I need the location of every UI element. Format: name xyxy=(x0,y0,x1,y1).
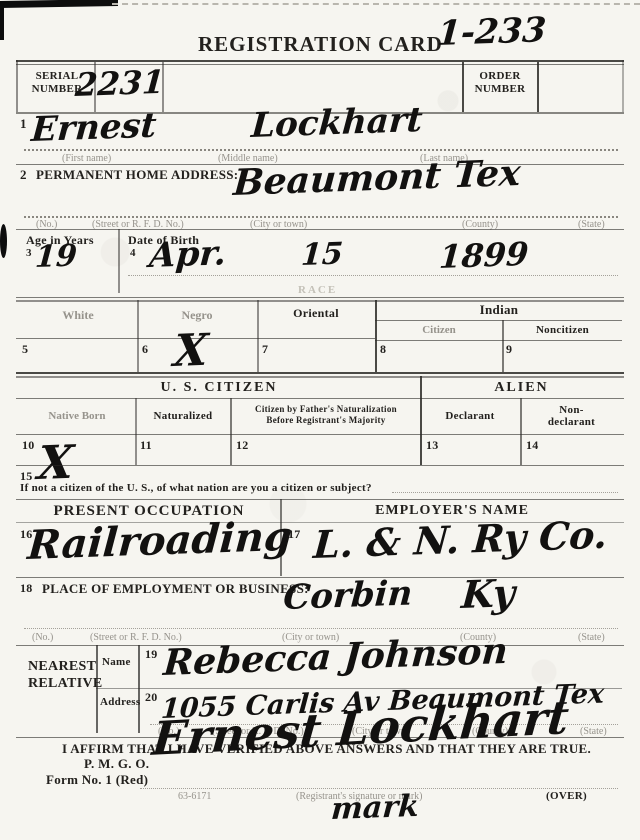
nearest-relative-line2: RELATIVE xyxy=(28,675,103,692)
row-number-18: 18 xyxy=(20,581,33,596)
rule xyxy=(16,229,624,230)
place-of-employment-label: PLACE OF EMPLOYMENT OR BUSINESS: xyxy=(42,581,309,597)
cell-divider xyxy=(137,300,139,372)
stamp-number-handwritten: 1-233 xyxy=(436,10,547,54)
race-table-bottom xyxy=(16,372,624,374)
race-negro-x-mark: X xyxy=(172,325,210,377)
race-indian-citizen-number: 8 xyxy=(380,342,386,357)
permanent-home-address-label: PERMANENT HOME ADDRESS: xyxy=(36,167,238,183)
serial-number-value: 2231 xyxy=(74,63,166,104)
declarant-label: Declarant xyxy=(423,410,517,422)
race-heading-faint: RACE xyxy=(298,284,337,296)
row-number-17: 17 xyxy=(288,527,301,542)
last-name-handwritten: Lockhart xyxy=(250,100,424,146)
scan-edge-artifact-left xyxy=(0,4,4,40)
card-right-border xyxy=(622,60,624,112)
row-number-1: 1 xyxy=(20,116,27,132)
citizen-number-row-rule xyxy=(16,434,624,435)
cell-divider xyxy=(537,62,539,112)
race-indian-noncitizen-label: Noncitizen xyxy=(505,324,620,336)
employment-city-handwritten: Corbin xyxy=(282,573,414,618)
row-number-2: 2 xyxy=(20,167,27,183)
row-number-19: 19 xyxy=(145,647,158,662)
relative-name-label: Name xyxy=(102,656,131,668)
relative-name-handwritten: Rebecca Johnson xyxy=(162,630,509,684)
employment-state-handwritten: Ky xyxy=(460,570,517,617)
dob-writing-line xyxy=(128,275,618,276)
ink-blob xyxy=(0,224,7,258)
nondeclarant-label: Non- declarant xyxy=(523,404,620,428)
cell-divider xyxy=(462,62,464,112)
citizen-table-top xyxy=(16,376,624,378)
us-citizen-header: U. S. CITIZEN xyxy=(20,380,418,396)
rule xyxy=(16,499,624,500)
cell-divider xyxy=(257,300,259,372)
footer-form: Form No. 1 (Red) xyxy=(46,772,148,788)
nearest-relative-label: NEAREST RELATIVE xyxy=(28,658,103,692)
race-oriental-number: 7 xyxy=(262,342,268,357)
naturalized-label: Naturalized xyxy=(138,410,228,422)
race-white-number: 5 xyxy=(22,342,28,357)
employment-label-state: (State) xyxy=(578,632,605,643)
father-number: 12 xyxy=(236,438,249,453)
scan-edge-artifact xyxy=(0,0,118,8)
footer-print-code: 63-6171 xyxy=(178,791,211,802)
race-white-label: White xyxy=(20,308,136,323)
occupation-handwritten: Railroading xyxy=(26,513,293,569)
signature-line xyxy=(140,788,618,789)
footer-org: P. M. G. O. xyxy=(84,756,149,772)
us-alien-divider xyxy=(420,376,422,465)
row-number-20: 20 xyxy=(145,690,158,705)
registration-card-scan: REGISTRATION CARD 1-233 SERIAL NUMBER 22… xyxy=(0,0,640,840)
race-oriental-label: Oriental xyxy=(260,306,372,321)
cell-divider xyxy=(118,229,120,293)
row-number-3: 3 xyxy=(26,247,32,259)
nondeclarant-label-line1: Non- xyxy=(523,404,620,416)
name-writing-line xyxy=(24,149,618,151)
alien-header: ALIEN xyxy=(423,380,620,396)
nondeclarant-label-line2: declarant xyxy=(523,416,620,428)
card-title: REGISTRATION CARD xyxy=(198,32,443,57)
race-indian-label: Indian xyxy=(378,302,620,318)
cell-divider xyxy=(375,300,377,372)
race-indian-citizen-label: Citizen xyxy=(378,324,500,336)
citizen-subheader-rule xyxy=(16,398,624,399)
home-address-handwritten: Beaumont Tex xyxy=(232,152,522,204)
signature-scribble: mark xyxy=(330,789,420,827)
first-name-handwritten: Ernest xyxy=(30,106,158,150)
naturalized-number: 11 xyxy=(140,438,152,453)
dob-day-handwritten: 15 xyxy=(300,236,344,273)
father-label-line2: Before Registrant's Majority xyxy=(234,415,418,426)
rule xyxy=(16,60,624,62)
employer-handwritten: L. & N. Ry Co. xyxy=(312,512,609,567)
cell-divider xyxy=(520,398,522,465)
race-negro-label: Negro xyxy=(140,308,254,323)
race-indian-noncitizen-number: 9 xyxy=(506,342,512,357)
cell-divider xyxy=(502,320,504,372)
dob-month-handwritten: Apr. xyxy=(148,233,228,276)
father-label-line1: Citizen by Father's Naturalization xyxy=(234,404,418,415)
nondeclarant-number: 14 xyxy=(526,438,539,453)
indian-subheader-rule xyxy=(375,320,622,321)
order-label-line2: NUMBER xyxy=(466,83,534,96)
employment-label-no: (No.) xyxy=(32,632,53,643)
nearest-relative-line1: NEAREST xyxy=(28,658,103,675)
rule xyxy=(16,297,624,298)
native-born-number: 10 xyxy=(22,438,35,453)
native-born-label: Native Born xyxy=(20,410,134,422)
cell-divider xyxy=(138,645,140,733)
employment-writing-line xyxy=(24,628,618,629)
nation-writing-line xyxy=(392,492,618,493)
row-number-4: 4 xyxy=(130,247,136,259)
over-label: (OVER) xyxy=(546,790,587,802)
age-handwritten: 19 xyxy=(34,238,78,275)
race-number-row-rule-2 xyxy=(375,340,622,341)
nation-question-label: If not a citizen of the U. S., of what n… xyxy=(20,482,372,494)
cell-divider xyxy=(135,398,137,465)
cell-divider xyxy=(96,645,98,733)
order-number-label: ORDER NUMBER xyxy=(466,70,534,96)
relative-label-state: (State) xyxy=(580,726,607,737)
cell-divider xyxy=(162,62,164,112)
father-naturalization-label: Citizen by Father's Naturalization Befor… xyxy=(234,404,418,426)
relative-address-label: Address xyxy=(100,696,140,708)
citizen-table-bottom xyxy=(16,465,624,466)
card-left-border xyxy=(16,60,18,112)
order-label-line1: ORDER xyxy=(466,70,534,83)
first-name-label: (First name) xyxy=(62,153,111,164)
address-writing-line xyxy=(24,216,618,218)
scan-top-dashes xyxy=(112,3,640,5)
dob-year-handwritten: 1899 xyxy=(438,235,530,276)
declarant-number: 13 xyxy=(426,438,439,453)
cell-divider xyxy=(230,398,232,465)
race-negro-number: 6 xyxy=(142,342,148,357)
